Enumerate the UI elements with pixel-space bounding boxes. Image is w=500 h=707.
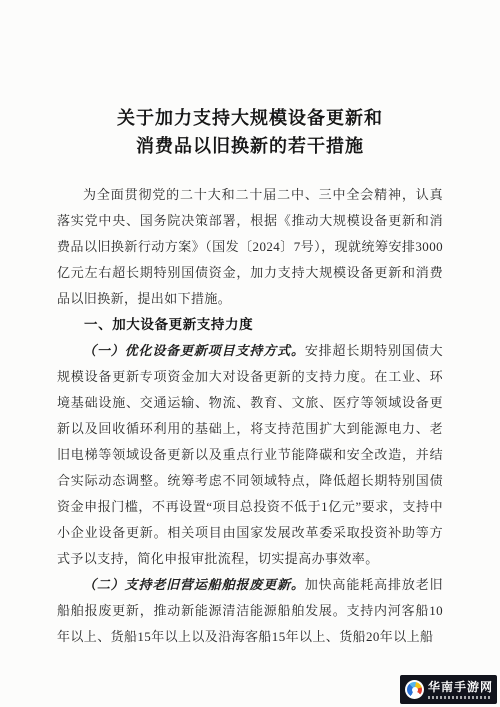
document-title-line-2: 消费品以旧换新的若干措施 (40, 132, 460, 160)
watermark-badge: 华南手游网 (400, 675, 497, 704)
watermark-subtext-line (428, 696, 492, 699)
item-1-lead: （一）优化设备更新项目支持方式。 (83, 343, 305, 358)
document-body: 为全面贯彻党的二十大和二十届二中、三中全会精神，认真落实党中央、国务院决策部署，… (0, 160, 500, 650)
item-1-text: 安排超长期特别国债大规模设备更新专项资金加大对设备更新的支持力度。在工业、环境基… (57, 343, 443, 566)
section-heading-1: 一、加大设备更新支持力度 (57, 312, 443, 338)
watermark-site-name: 华南手游网 (428, 680, 493, 694)
watermark-text-block: 华南手游网 (428, 680, 493, 699)
item-paragraph-2: （二）支持老旧营运船舶报废更新。加快高能耗高排放老旧船舶报废更新，推动新能源清洁… (57, 572, 443, 650)
item-2-lead: （二）支持老旧营运船舶报废更新。 (83, 577, 305, 592)
document-title: 关于加力支持大规模设备更新和 消费品以旧换新的若干措施 (0, 0, 500, 160)
item-paragraph-1: （一）优化设备更新项目支持方式。安排超长期特别国债大规模设备更新专项资金加大对设… (57, 338, 443, 572)
watermark-logo-icon (405, 680, 424, 699)
intro-paragraph: 为全面贯彻党的二十大和二十届二中、三中全会精神，认真落实党中央、国务院决策部署，… (57, 182, 443, 312)
document-page: 关于加力支持大规模设备更新和 消费品以旧换新的若干措施 为全面贯彻党的二十大和二… (0, 0, 500, 707)
document-title-line-1: 关于加力支持大规模设备更新和 (40, 104, 460, 132)
